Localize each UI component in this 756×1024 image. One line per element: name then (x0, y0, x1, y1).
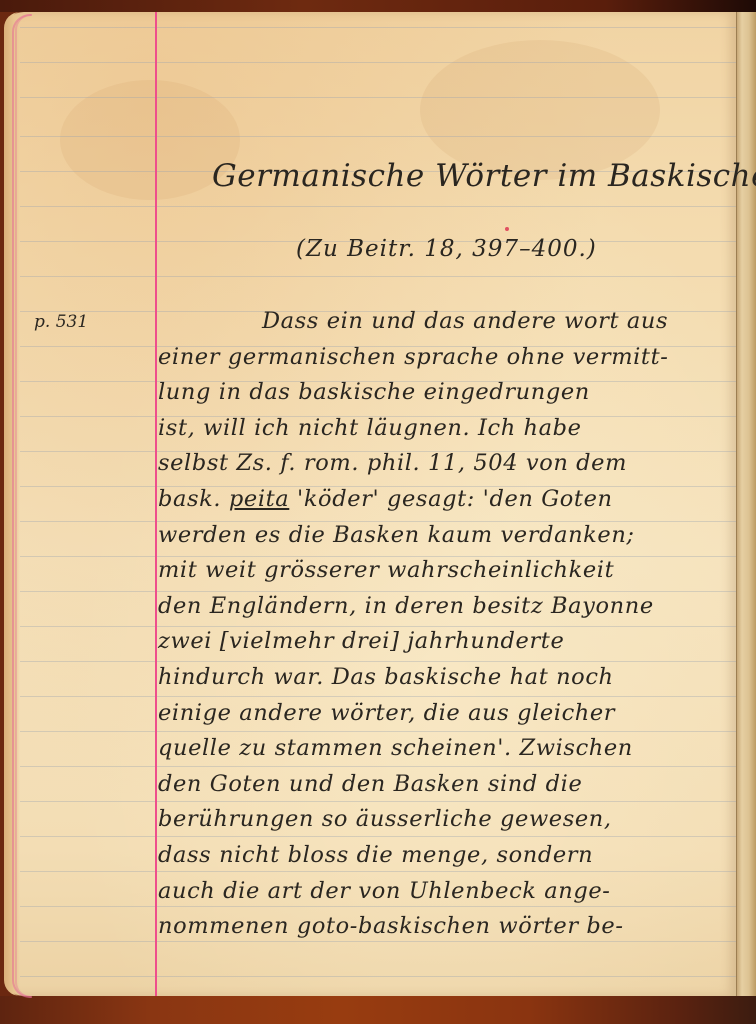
book-cover-top (0, 0, 756, 12)
text-line: nommenen goto-baskischen wörter be- (158, 909, 728, 945)
body-text: Dass ein und das andere wort aus einer g… (158, 304, 728, 945)
text-line: ist, will ich nicht läugnen. Ich habe (158, 411, 728, 447)
text-line: quelle zu stammen scheinen'. Zwischen (158, 731, 728, 767)
text-line: einer germanischen sprache ohne vermitt- (158, 340, 728, 376)
text-line: den Goten und den Basken sind die (158, 767, 728, 803)
red-ink-dot (505, 227, 509, 231)
margin-rule (155, 12, 157, 996)
text-line: einige andere wörter, die aus gleicher (158, 696, 728, 732)
margin-note: p. 531 (34, 312, 88, 332)
text-line: den Engländern, in deren besitz Bayonne (158, 589, 728, 625)
text-line: dass nicht bloss die menge, sondern (158, 838, 728, 874)
text-line: Dass ein und das andere wort aus (158, 304, 728, 340)
page-title: Germanische Wörter im Baskischen. (212, 158, 756, 194)
text-line: selbst Zs. f. rom. phil. 11, 504 von dem (158, 446, 728, 482)
text-line: hindurch war. Das baskische hat noch (158, 660, 728, 696)
text-line-with-underline: bask. peita 'köder' gesagt: 'den Goten (158, 482, 728, 518)
underlined-word: peita (229, 486, 289, 512)
notebook-scan: Germanische Wörter im Baskischen. (Zu Be… (0, 0, 756, 1024)
book-cover-bottom (0, 996, 756, 1024)
text-line: berührungen so äusserliche gewesen, (158, 802, 728, 838)
text-line: mit weit grösserer wahrscheinlichkeit (158, 553, 728, 589)
text-line: lung in das baskische eingedrungen (158, 375, 728, 411)
page-subtitle: (Zu Beitr. 18, 397–400.) (296, 236, 597, 262)
text-line: werden es die Basken kaum verdanken; (158, 518, 728, 554)
text-line: zwei [vielmehr drei] jahrhunderte (158, 624, 728, 660)
text-line: auch die art der von Uhlenbeck ange- (158, 874, 728, 910)
